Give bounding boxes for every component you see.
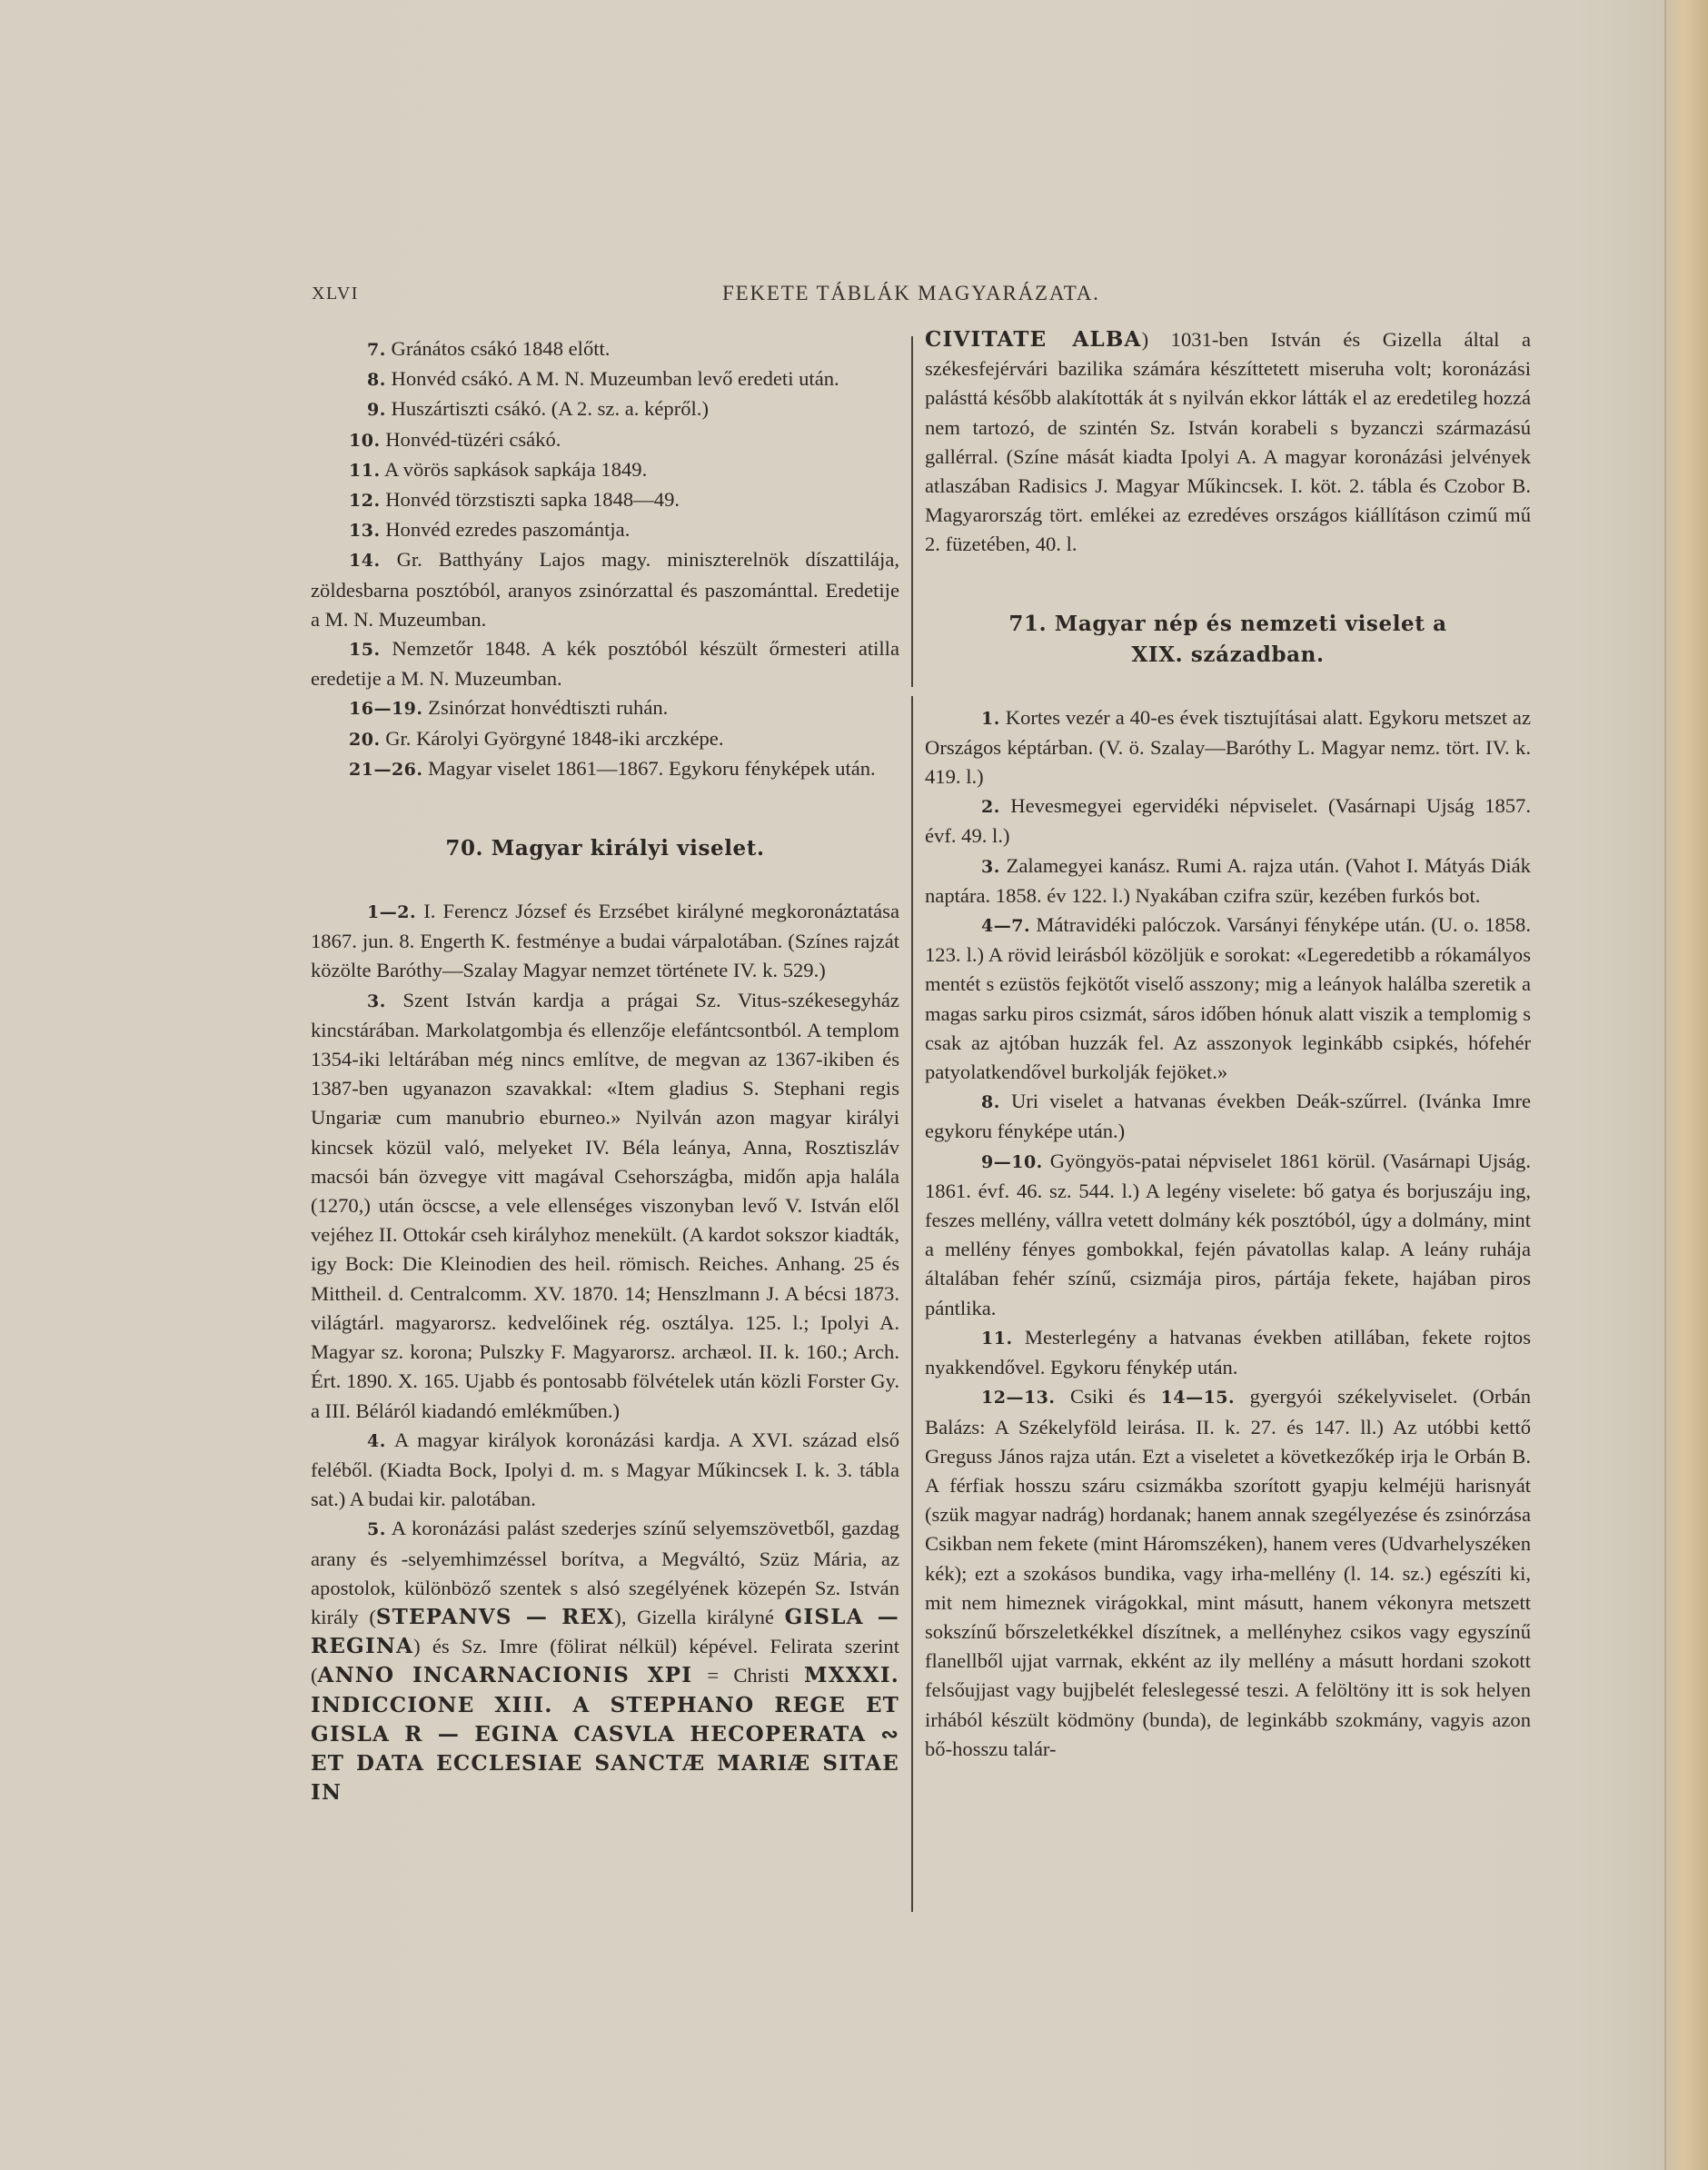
entry: 20. Gr. Károlyi Györgyné 1848-iki arczké… bbox=[311, 724, 899, 754]
entry: 2. Hevesmegyei egervidéki népviselet. (V… bbox=[925, 791, 1531, 851]
inscription: STEPANVS — REX bbox=[376, 1605, 614, 1629]
entry: 16—19. Zsinórzat honvédtiszti ruhán. bbox=[311, 693, 899, 723]
entry: 11. A vörös sapkások sapkája 1849. bbox=[311, 455, 899, 485]
entry-5: 5. A koronázási palást szederjes színű s… bbox=[311, 1514, 899, 1807]
entry-12: 12—13. Csiki és 14—15. gyergyói székelyv… bbox=[925, 1382, 1531, 1764]
book-page: XLVI FEKETE TÁBLÁK MAGYARÁZATA. 7. Gráná… bbox=[0, 0, 1708, 2170]
entry: 3. Zalamegyei kanász. Rumi A. rajza után… bbox=[925, 851, 1531, 911]
section-heading-70: 70. Magyar királyi viselet. bbox=[311, 833, 899, 864]
entry: 1—2. I. Ferencz József és Erzsébet királ… bbox=[311, 897, 899, 986]
entry: 14. Gr. Batthyány Lajos magy. minisztere… bbox=[311, 545, 899, 634]
entry: 4—7. Mátravidéki palóczok. Varsányi fény… bbox=[925, 911, 1531, 1087]
page-edge bbox=[1664, 0, 1708, 2170]
running-title: FEKETE TÁBLÁK MAGYARÁZATA. bbox=[722, 282, 1100, 305]
entry: 4. A magyar királyok koronázási kardja. … bbox=[311, 1426, 899, 1515]
inscription: ANNO INCARNACIONIS XPI bbox=[318, 1663, 693, 1687]
column-rule-lower bbox=[911, 696, 913, 1912]
inscription: CIVITATE ALBA bbox=[925, 327, 1142, 352]
right-column: CIVITATE ALBA) 1031-ben István és Gizell… bbox=[925, 325, 1531, 1764]
left-column: 7. Gránátos csákó 1848 előtt. 8. Honvéd … bbox=[311, 334, 899, 1807]
entry: 9—10. Gyöngyös-patai népviselet 1861 kör… bbox=[925, 1147, 1531, 1323]
entry: 7. Gránátos csákó 1848 előtt. bbox=[311, 334, 899, 364]
entry: 21—26. Magyar viselet 1861—1867. Egykoru… bbox=[311, 754, 899, 784]
entry: 10. Honvéd-tüzéri csákó. bbox=[311, 425, 899, 455]
page-number: XLVI bbox=[312, 284, 359, 304]
entry: 8. Uri viselet a hatvanas években Deák-s… bbox=[925, 1087, 1531, 1146]
entry: 1. Kortes vezér a 40-es évek tisztujítás… bbox=[925, 703, 1531, 792]
entry: 11. Mesterlegény a hatvanas években atil… bbox=[925, 1323, 1531, 1382]
entry: 13. Honvéd ezredes paszomántja. bbox=[311, 515, 899, 545]
entry: 3. Szent István kardja a prágai Sz. Vitu… bbox=[311, 986, 899, 1426]
entry: 9. Huszártiszti csákó. (A 2. sz. a. képr… bbox=[311, 394, 899, 424]
entry: 15. Nemzetőr 1848. A kék posztóból készü… bbox=[311, 634, 899, 693]
entry: 12. Honvéd törzstiszti sapka 1848—49. bbox=[311, 485, 899, 515]
column-rule-upper bbox=[911, 336, 913, 687]
section-heading-71: 71. Magyar nép és nemzeti viselet aXIX. … bbox=[925, 609, 1531, 671]
entry: 8. Honvéd csákó. A M. N. Muzeumban levő … bbox=[311, 364, 899, 394]
running-header: XLVI FEKETE TÁBLÁK MAGYARÁZATA. bbox=[312, 284, 1511, 311]
entry-continuation: CIVITATE ALBA) 1031-ben István és Gizell… bbox=[925, 325, 1531, 560]
